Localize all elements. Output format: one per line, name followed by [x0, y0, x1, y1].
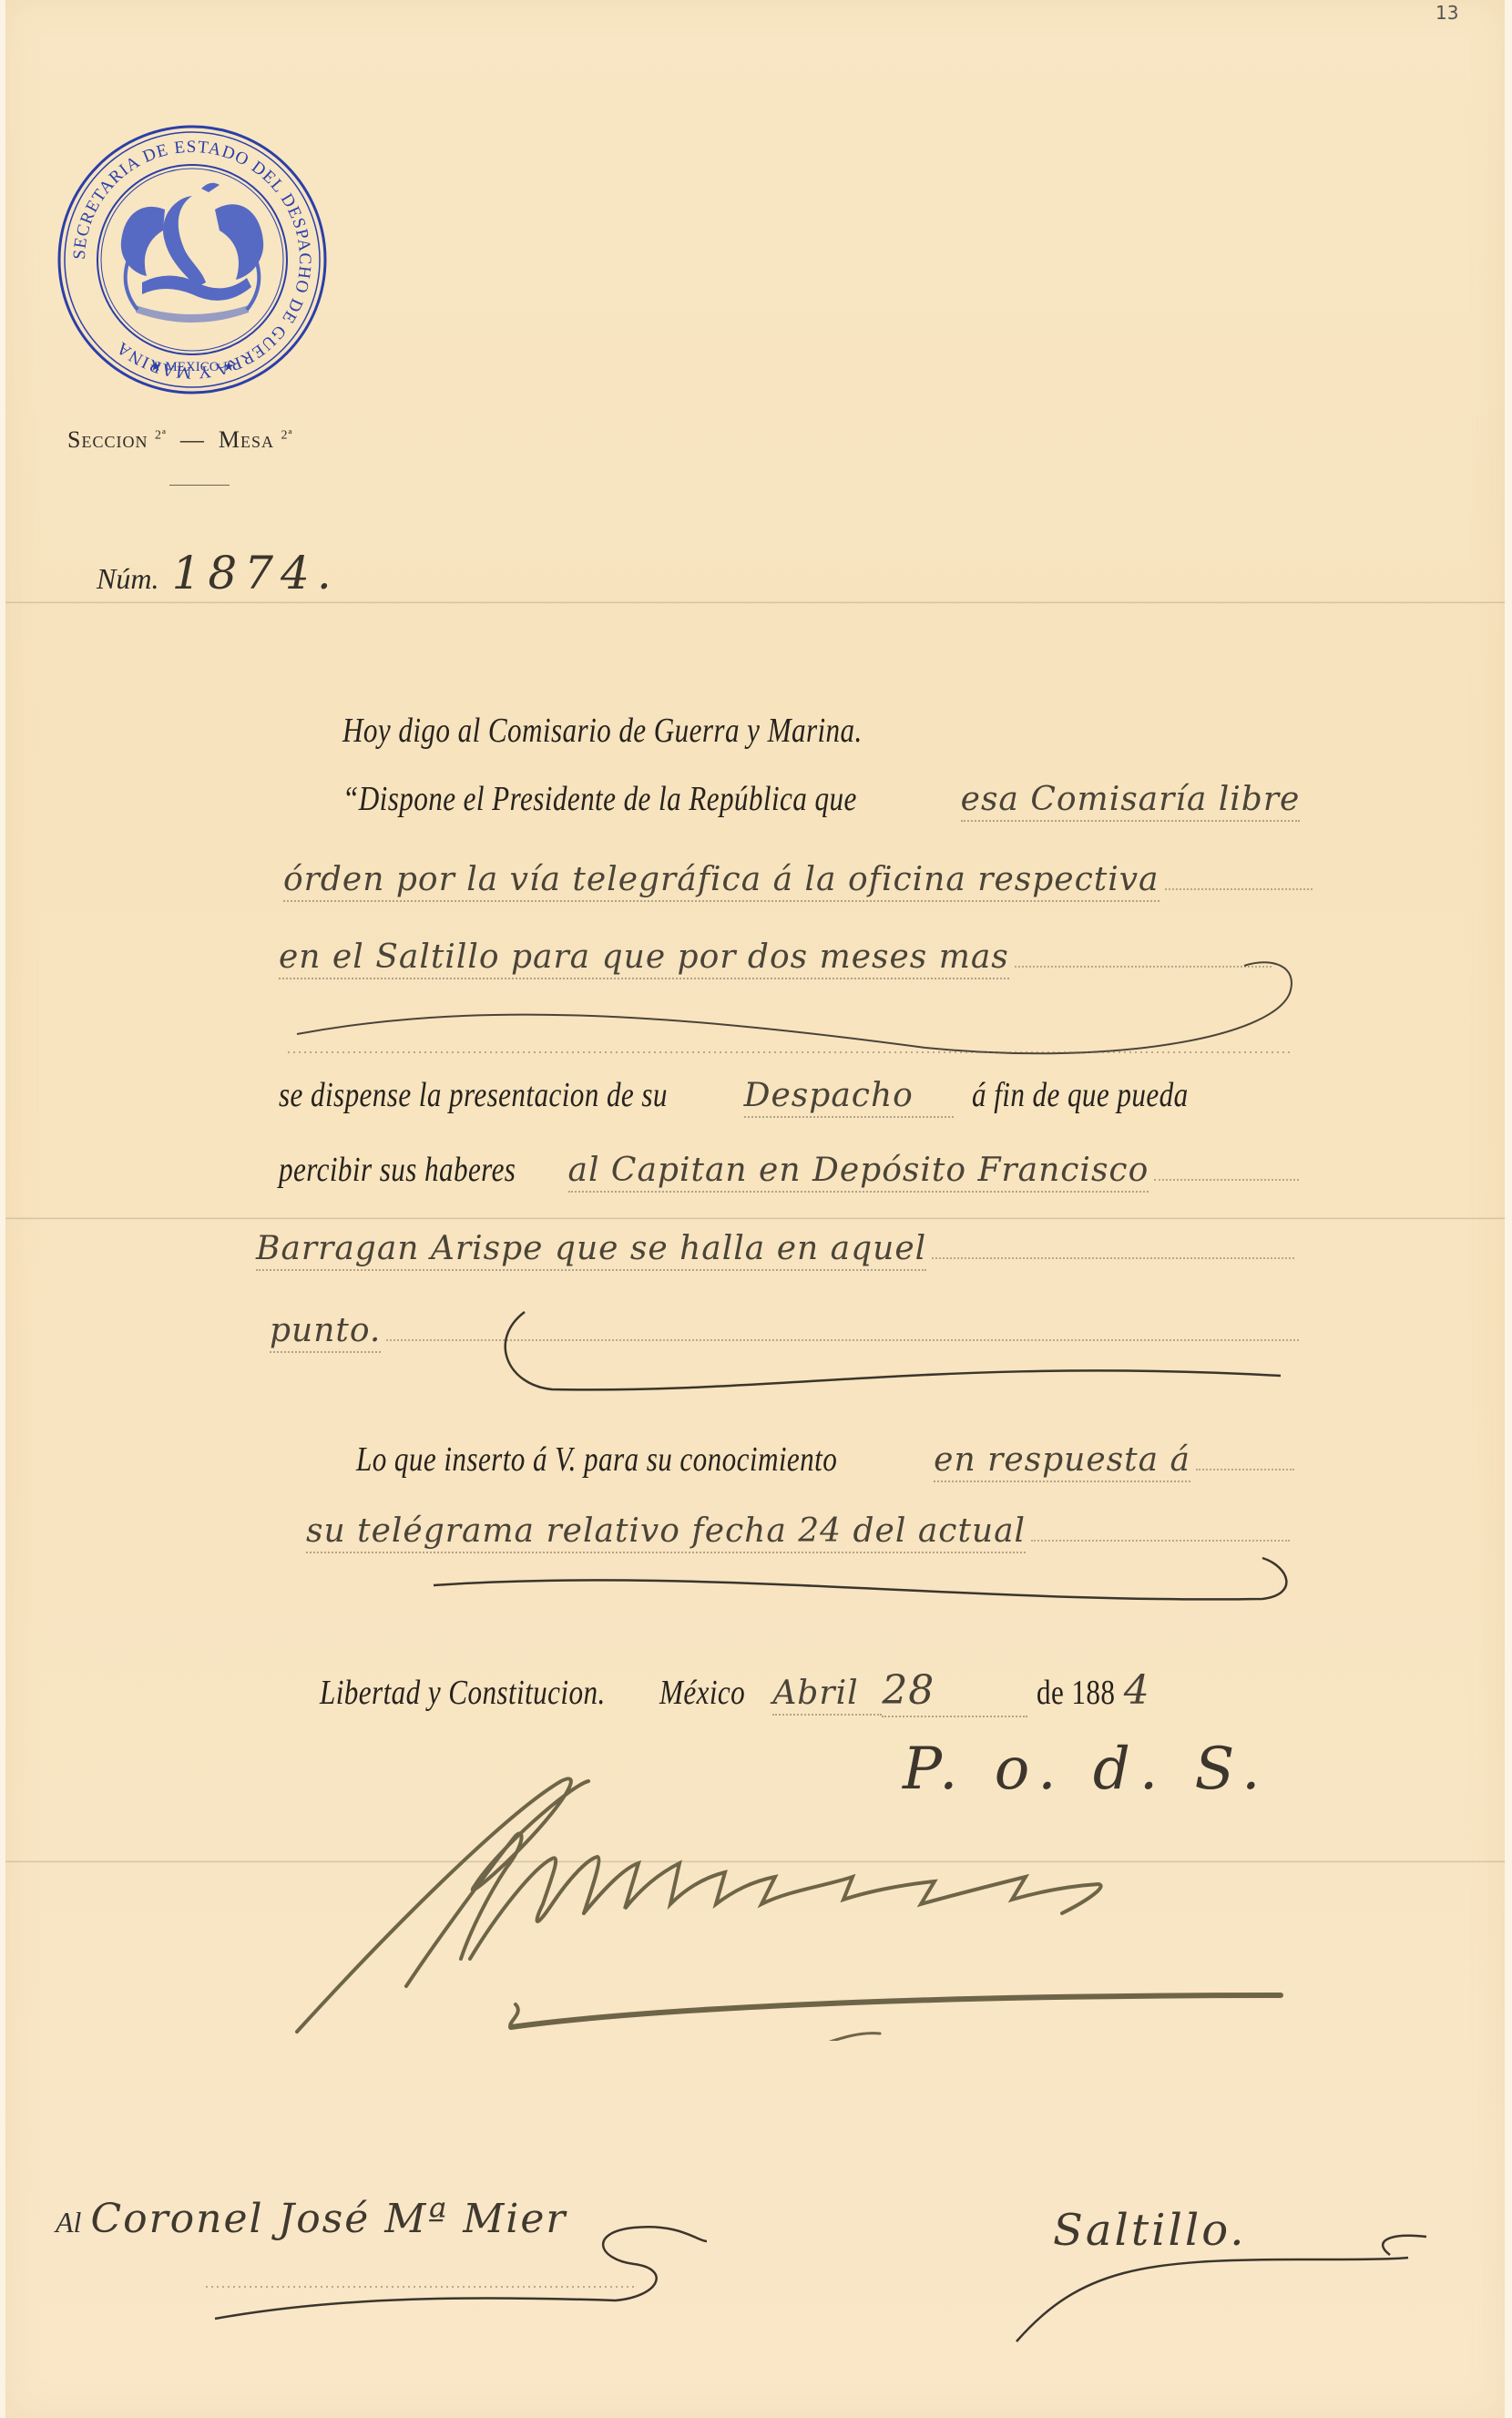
- body-line: punto.: [270, 1312, 1299, 1353]
- printed-text: “Dispone el Presidente de la República q…: [342, 779, 857, 819]
- number-value: 1874.: [172, 547, 339, 599]
- handwritten-text: en el Saltillo para que por dos meses ma…: [279, 938, 1009, 979]
- handwritten-text: al Capitan en Depósito Francisco: [568, 1152, 1149, 1193]
- fold-line: [5, 601, 1505, 604]
- handwritten-text: esa Comisaría libre: [961, 781, 1301, 822]
- body-line: Lo que inserto á V. para su conocimiento…: [356, 1440, 1294, 1482]
- desk-value: 2ª: [281, 428, 292, 442]
- printed-text: se dispense la presentacion de su: [279, 1075, 668, 1115]
- day: 28: [882, 1667, 1027, 1717]
- printed-text: á fin de que pueda: [972, 1075, 1189, 1115]
- body-line: se dispense la presentacion de su Despac…: [279, 1075, 1299, 1118]
- body-line: en el Saltillo para que por dos meses ma…: [279, 938, 1272, 979]
- printed-text: percibir sus haberes: [279, 1150, 516, 1190]
- section-desk-header: Seccion 2ª — Mesa 2ª: [67, 426, 292, 454]
- handwritten-text: órden por la vía telegráfica á la oficin…: [283, 861, 1160, 902]
- body-line: Barragan Arispe que se halla en aquel: [256, 1230, 1294, 1271]
- eagle-seal-icon: SECRETARIA DE ESTADO DEL DESPACHO DE GUE…: [56, 123, 329, 396]
- section-label: Seccion: [67, 426, 148, 453]
- addressee-name: Coronel José Mª Mier: [90, 2196, 567, 2242]
- document-paper: 13 SECRETARIA DE ESTADO DEL DESPACHO DE …: [5, 0, 1505, 2418]
- month: Abril: [772, 1675, 882, 1716]
- signature: [279, 1749, 1372, 2041]
- handwritten-text: Despacho: [744, 1077, 954, 1118]
- ministry-seal: SECRETARIA DE ESTADO DEL DESPACHO DE GUE…: [56, 123, 329, 396]
- body-line: órden por la vía telegráfica á la oficin…: [283, 861, 1313, 902]
- body-line: “Dispone el Presidente de la República q…: [342, 779, 1272, 822]
- handwritten-text: Barragan Arispe que se halla en aquel: [256, 1230, 926, 1271]
- svg-text:SECRETARIA DE ESTADO DEL DESPA: SECRETARIA DE ESTADO DEL DESPACHO DE GUE…: [70, 138, 314, 382]
- handwritten-text: en respuesta á: [934, 1441, 1190, 1482]
- year-suffix: 4: [1124, 1667, 1150, 1716]
- page-number: 13: [1435, 2, 1458, 24]
- closing-line: Libertad y Constitucion. México Abril 28…: [320, 1667, 1313, 1717]
- fold-line: [5, 1217, 1505, 1220]
- svg-text:★ MEXICO ★: ★ MEXICO ★: [149, 360, 235, 374]
- addressee: Al Coronel José Mª Mier: [56, 2196, 567, 2242]
- destination-place: Saltillo.: [1053, 2205, 1247, 2256]
- handwritten-text: su telégrama relativo fecha 24 del actua…: [306, 1512, 1026, 1553]
- document-number: Núm. 1874.: [97, 547, 339, 599]
- number-label: Núm.: [97, 562, 158, 595]
- desk-label: Mesa: [219, 426, 274, 453]
- handwritten-text: punto.: [270, 1312, 381, 1353]
- flourish-line: [424, 1549, 1299, 1622]
- body-line: su telégrama relativo fecha 24 del actua…: [306, 1512, 1290, 1553]
- addressee-prefix: Al: [56, 2206, 81, 2239]
- body-line: Hoy digo al Comisario de Guerra y Marina…: [342, 711, 976, 751]
- printed-text: Lo que inserto á V. para su conocimiento: [356, 1440, 837, 1480]
- year-prefix: de 188: [1037, 1673, 1115, 1713]
- motto: Libertad y Constitucion.: [320, 1673, 606, 1713]
- printed-text: Hoy digo al Comisario de Guerra y Marina…: [342, 711, 863, 751]
- city: México: [659, 1673, 745, 1713]
- header-divider: [169, 485, 230, 486]
- header-separator: —: [180, 426, 205, 453]
- body-line: percibir sus haberes al Capitan en Depós…: [279, 1150, 1299, 1193]
- section-value: 2ª: [155, 428, 167, 442]
